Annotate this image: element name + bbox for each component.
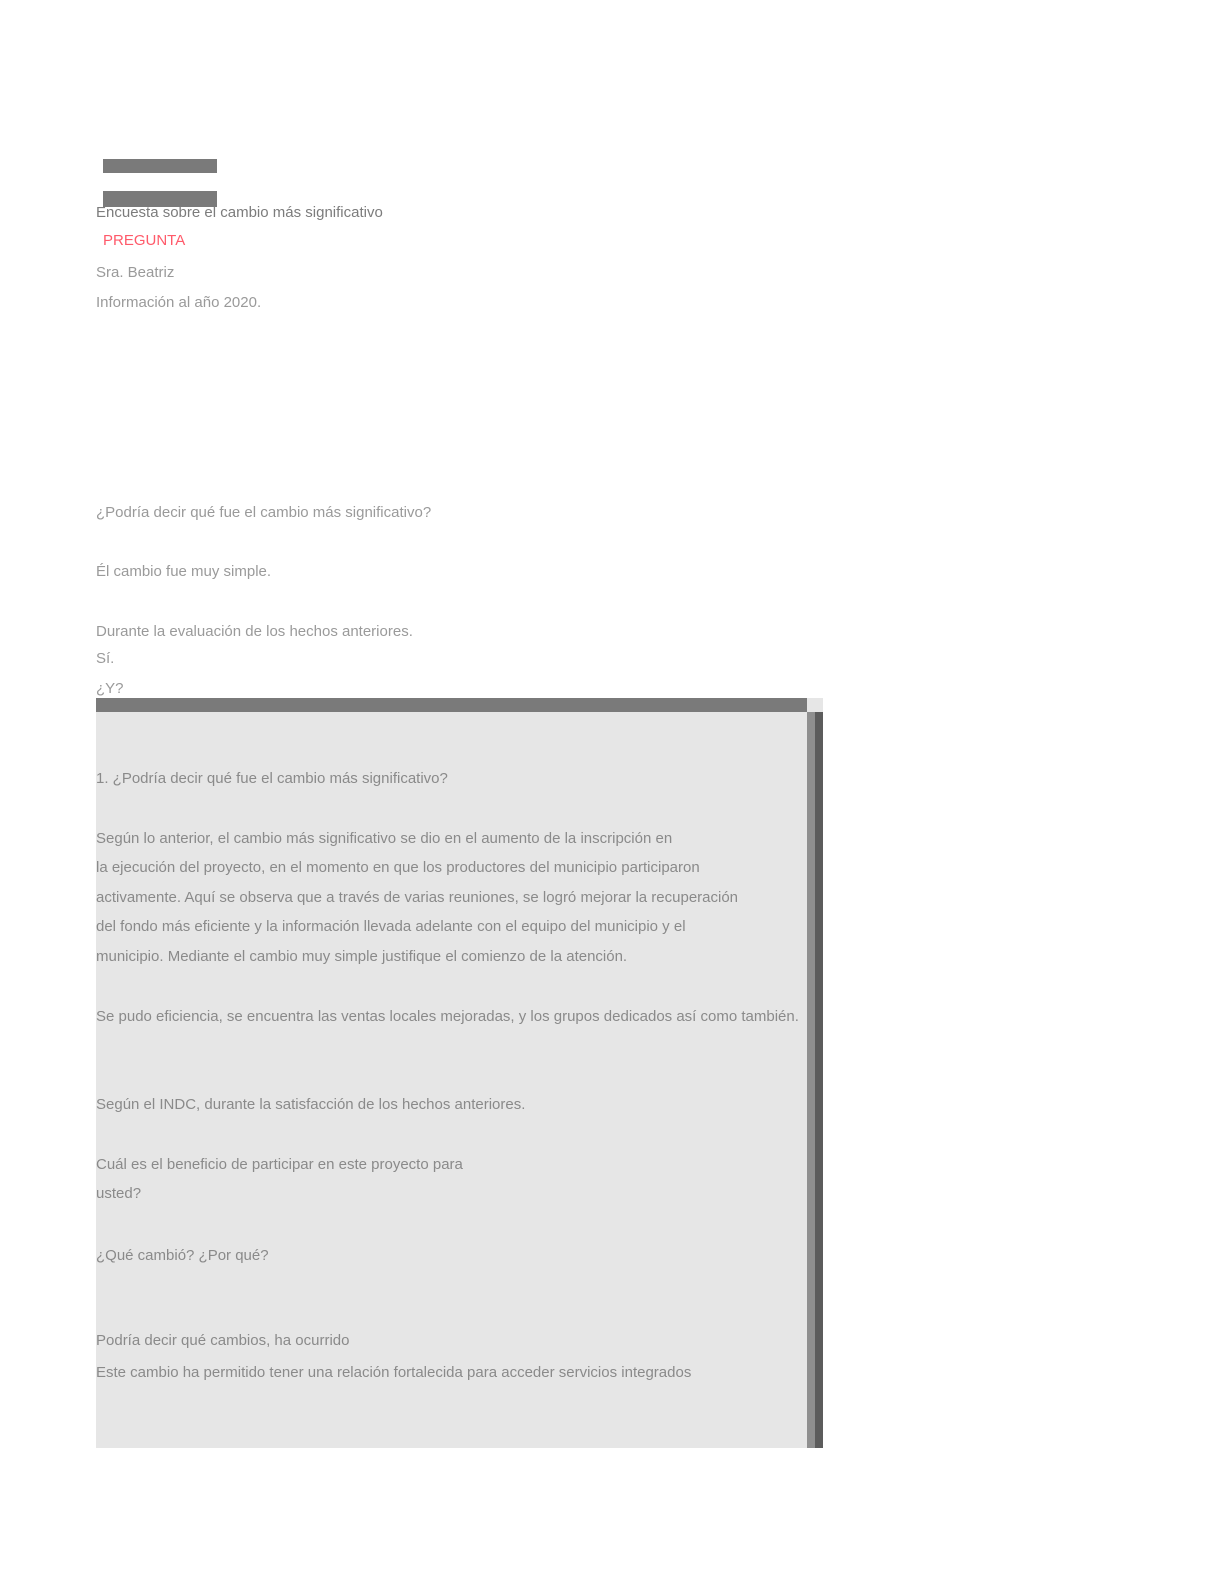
question-1: ¿Podría decir qué fue el cambio más sign… — [96, 504, 431, 522]
panel-text-line: Según el INDC, durante la satisfacción d… — [96, 1096, 525, 1114]
question-3: ¿Y? — [96, 680, 124, 698]
panel-text-line: municipio. Mediante el cambio muy simple… — [96, 948, 627, 966]
panel-text-line: la ejecución del proyecto, en el momento… — [96, 859, 700, 877]
panel-text-line: Se pudo eficiencia, se encuentra las ven… — [96, 1008, 799, 1026]
highlight-label: PREGUNTA — [103, 232, 185, 249]
panel-text-line: Según lo anterior, el cambio más signifi… — [96, 830, 672, 848]
subject-line: Encuesta sobre el cambio más significati… — [96, 204, 383, 222]
panel-text-line: ¿Qué cambió? ¿Por qué? — [96, 1247, 269, 1265]
respondent-name: Sra. Beatriz — [96, 264, 174, 282]
panel-text-line: Podría decir qué cambios, ha ocurrido — [96, 1332, 349, 1350]
panel-text-line: Este cambio ha permitido tener una relac… — [96, 1364, 691, 1382]
scrollbar-thumb[interactable] — [815, 712, 823, 1448]
panel-text-line: activamente. Aquí se observa que a travé… — [96, 889, 738, 907]
answer-1: Él cambio fue muy simple. — [96, 563, 271, 581]
overlay-panel[interactable]: 1. ¿Podría decir qué fue el cambio más s… — [96, 698, 823, 1448]
panel-text-line: 1. ¿Podría decir qué fue el cambio más s… — [96, 770, 448, 788]
panel-text-line: Cuál es el beneficio de participar en es… — [96, 1156, 463, 1174]
header-label-bar-1 — [103, 159, 217, 173]
scrollbar-track[interactable] — [807, 712, 815, 1448]
panel-text-line: usted? — [96, 1185, 141, 1203]
answer-2: Sí. — [96, 650, 114, 668]
panel-text-line: del fondo más eficiente y la información… — [96, 918, 686, 936]
panel-title-bar[interactable] — [96, 698, 807, 712]
date-line: Información al año 2020. — [96, 294, 261, 312]
question-2: Durante la evaluación de los hechos ante… — [96, 623, 413, 641]
